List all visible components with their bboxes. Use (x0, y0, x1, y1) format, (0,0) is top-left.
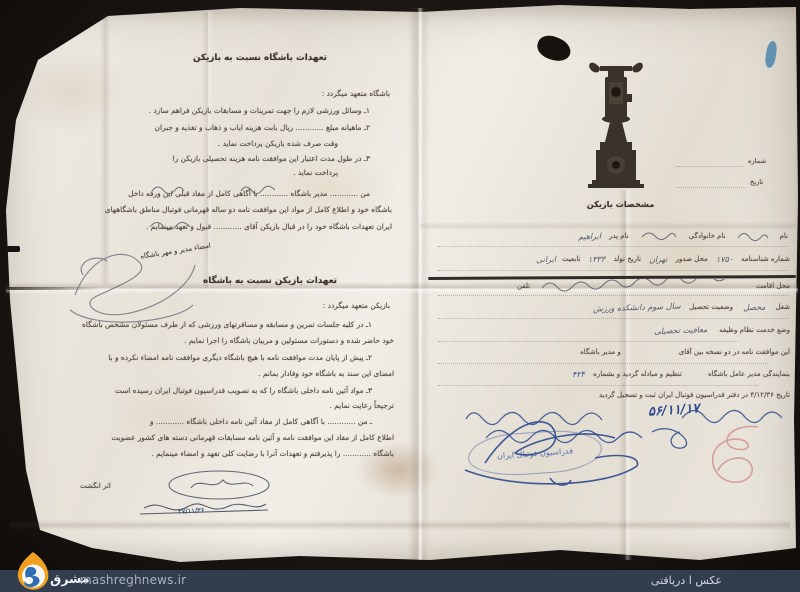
id-number-label: شماره شناسنامه (741, 254, 790, 264)
typed-line: ۱ـ در کلیه جلسات تمرین و مسابقه و مسافرت… (82, 320, 372, 330)
registration-text: تاریخ ۴/۱۲/۳۶ در دفتر فدراسیون فوتبال ای… (599, 390, 790, 400)
typed-line: ۲ـ پیش از پایان مدت موافقت نامه با هیچ ب… (108, 353, 372, 363)
id-number-value: ۱۷۵۰ (716, 254, 733, 264)
left-edge-ink-dash (0, 246, 20, 252)
date-line (676, 187, 746, 188)
exchange-text: تنظیم و مبادله گردید و بشماره (593, 369, 682, 379)
issue-place-value: تهران (649, 254, 668, 264)
mashreghnews-domain-text: mashreghnews.ir (80, 573, 186, 587)
number-label: شماره (748, 156, 766, 166)
row-rule (438, 270, 788, 271)
signature-date: ۲۷/۱۱/۳۶ (178, 505, 205, 516)
typed-line: امضای این سند به باشگاه خود وفادار بمانم… (258, 369, 394, 379)
typed-line: ۳ـ مواد آئین نامه داخلی باشگاه را که به … (115, 386, 372, 396)
handwritten-address-scribble (538, 279, 748, 293)
form-row-military: وضع خدمت نظام وظیفه معافیت تحصیلی (438, 325, 790, 335)
form-title: مشخصات بازیکن (558, 199, 683, 209)
typed-line: ـ من ............ با آگاهی کامل از مفاد … (150, 417, 372, 427)
typed-line: ترجیحاً رعایت نمایم . (330, 401, 394, 411)
registration-number: ۴۲۴ (572, 369, 585, 378)
mashregh-logo-icon (14, 551, 52, 591)
photo-credit-text: عکس ا دریافتی (651, 574, 722, 587)
row-rule (438, 246, 788, 247)
date-label: تاریخ (750, 177, 763, 187)
name-label: نام (780, 231, 788, 241)
father-name-label: نام پدر (609, 231, 629, 241)
row-rule (438, 318, 788, 319)
family-name-label: نام خانوادگی (689, 231, 726, 241)
job-label: شغل (775, 302, 790, 312)
agreement-text: این موافقت نامه در دو نسخه بین آقای (679, 347, 790, 357)
trophy-emblem (586, 56, 646, 192)
form-row-agreement: این موافقت نامه در دو نسخه بین آقای و مد… (438, 347, 790, 357)
player-obligations-text: ۱ـ در کلیه جلسات تمرین و مسابقه و مسافرت… (62, 0, 400, 470)
photo-of-document: تعهدات باشگاه نسبت به بازیکن باشگاه متعه… (0, 0, 800, 592)
issue-place-label: محل صدور (676, 254, 708, 264)
red-pencil-mark (688, 415, 783, 500)
fingerprint-label: اثر انگشت (80, 481, 111, 491)
residence-label: محل اقامت (756, 281, 790, 291)
handwritten-scribble (736, 230, 770, 242)
agreement-tail: و مدیر باشگاه (580, 347, 621, 357)
row-rule (438, 295, 788, 296)
form-row-id: شماره شناسنامه ۱۷۵۰ محل صدور تهران تاریخ… (438, 254, 790, 264)
number-line (676, 166, 744, 167)
form-row-representative: بنمایندگی مدیر عامل باشگاه تنظیم و مبادل… (438, 369, 790, 379)
father-name-value: ابراهیم (578, 231, 601, 241)
military-service-label: وضع خدمت نظام وظیفه (719, 325, 790, 335)
representative-text: بنمایندگی مدیر عامل باشگاه (708, 369, 790, 379)
typed-line: باشگاه ............ را پذیرفتم و تعهدات … (151, 449, 394, 459)
birth-date-label: تاریخ تولد (614, 254, 642, 264)
typed-line: خود حاضر شده و دستورات مسئولین و مربیان … (184, 336, 394, 346)
row-rule (438, 363, 768, 364)
birth-date-value: ۱۳۳۳ (588, 254, 605, 264)
nationality-value: ایرانی (536, 254, 556, 264)
form-row-registration: تاریخ ۴/۱۲/۳۶ در دفتر فدراسیون فوتبال ای… (438, 390, 790, 400)
row-rule (438, 341, 738, 342)
form-row-job: شغل محصل وضعیت تحصیل سال سوم دانشکده ورز… (438, 302, 790, 312)
nationality-label: تابعیت (562, 254, 580, 264)
official-signature-scribble (455, 408, 645, 498)
row-rule (438, 385, 758, 386)
job-value: محصل (743, 302, 766, 312)
player-signature-scribble (138, 496, 273, 522)
military-service-value: معافیت تحصیلی (654, 325, 708, 336)
education-label: وضعیت تحصیل (689, 302, 733, 312)
education-value: سال سوم دانشکده ورزش (593, 301, 681, 313)
handwritten-scribble (639, 230, 679, 242)
form-row-residence: محل اقامت تلفن (438, 279, 790, 293)
form-row-name: نام نام خانوادگی نام پدر ابراهیم (440, 230, 788, 242)
typed-line: اطلاع کامل از مفاد این موافقت نامه و آئی… (111, 433, 394, 443)
phone-label: تلفن (517, 281, 530, 291)
